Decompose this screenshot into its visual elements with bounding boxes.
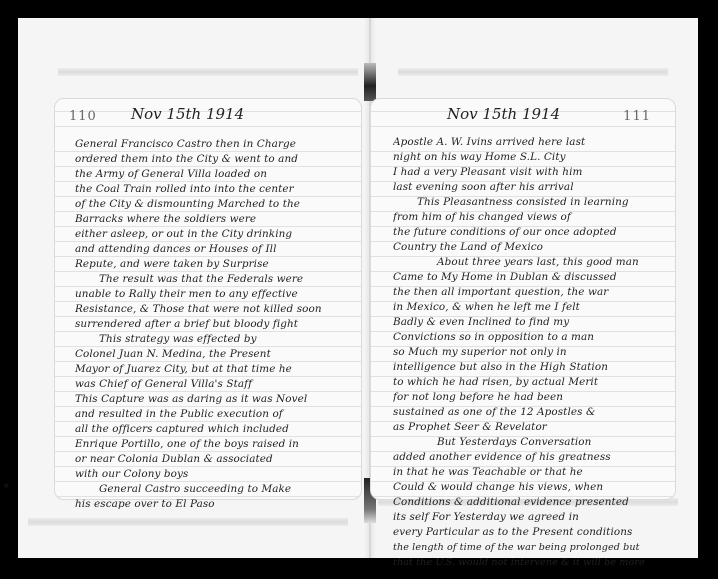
page-number: 111 bbox=[623, 109, 651, 124]
text-line: the Coal Train rolled into into the cent… bbox=[75, 182, 351, 197]
text-line: so Much my superior not only in bbox=[393, 345, 665, 360]
text-line: Country the Land of Mexico bbox=[393, 240, 665, 255]
page-number: 110 bbox=[69, 109, 97, 124]
handwritten-text: Apostle A. W. Ivins arrived here last ni… bbox=[393, 135, 665, 570]
text-line: Conditions & additional evidence present… bbox=[393, 495, 665, 510]
scan-margin-mark: ⋆ bbox=[2, 478, 11, 494]
text-line: the future conditions of our once adopte… bbox=[393, 225, 665, 240]
text-line: night on his way Home S.L. City bbox=[393, 150, 665, 165]
text-line: Mayor of Juarez City, but at that time h… bbox=[75, 362, 351, 377]
text-line: ordered them into the City & went to and bbox=[75, 152, 351, 167]
text-line: in Mexico, & when he left me I felt bbox=[393, 300, 665, 315]
text-line: Resistance, & Those that were not killed… bbox=[75, 302, 351, 317]
text-line: his escape over to El Paso bbox=[75, 497, 351, 512]
right-page: Nov 15th 1914 111 Apostle A. W. Ivins ar… bbox=[370, 98, 676, 500]
text-line: This strategy was effected by bbox=[75, 332, 351, 347]
entry-date: Nov 15th 1914 bbox=[131, 105, 244, 123]
text-line: and resulted in the Public execution of bbox=[75, 407, 351, 422]
text-line: from him of his changed views of bbox=[393, 210, 665, 225]
text-line: of the City & dismounting Marched to the bbox=[75, 197, 351, 212]
text-line: in that he was Teachable or that he bbox=[393, 465, 665, 480]
text-line: unable to Rally their men to any effecti… bbox=[75, 287, 351, 302]
text-line: added another evidence of his greatness bbox=[393, 450, 665, 465]
text-line: as Prophet Seer & Revelator bbox=[393, 420, 665, 435]
left-page: 110 Nov 15th 1914 General Francisco Cast… bbox=[54, 98, 362, 500]
text-line: I had a very Pleasant visit with him bbox=[393, 165, 665, 180]
text-line: either asleep, or out in the City drinki… bbox=[75, 227, 351, 242]
text-line: Came to My Home in Dublan & discussed bbox=[393, 270, 665, 285]
text-line: or near Colonia Dublan & associated bbox=[75, 452, 351, 467]
text-line: and attending dances or Houses of Ill bbox=[75, 242, 351, 257]
text-line: every Particular as to the Present condi… bbox=[393, 525, 665, 540]
text-line: Repute, and were taken by Surprise bbox=[75, 257, 351, 272]
text-line: intelligence but also in the High Statio… bbox=[393, 360, 665, 375]
text-line: Barracks where the soldiers were bbox=[75, 212, 351, 227]
scan-smudge bbox=[398, 68, 668, 76]
scanned-diary-spread: 110 Nov 15th 1914 General Francisco Cast… bbox=[18, 18, 698, 558]
text-line: all the officers captured which included bbox=[75, 422, 351, 437]
text-line: Could & would change his views, when bbox=[393, 480, 665, 495]
text-line: Enrique Portillo, one of the boys raised… bbox=[75, 437, 351, 452]
scan-smudge bbox=[28, 518, 348, 526]
entry-date: Nov 15th 1914 bbox=[447, 105, 560, 123]
text-line: Apostle A. W. Ivins arrived here last bbox=[393, 135, 665, 150]
text-line: last evening soon after his arrival bbox=[393, 180, 665, 195]
text-line: that the U.S. would not intervene & it w… bbox=[393, 555, 665, 570]
text-line: for not long before he had been bbox=[393, 390, 665, 405]
text-line: to which he had risen, by actual Merit bbox=[393, 375, 665, 390]
text-line: The result was that the Federals were bbox=[75, 272, 351, 287]
text-line: sustained as one of the 12 Apostles & bbox=[393, 405, 665, 420]
text-line: surrendered after a brief but bloody fig… bbox=[75, 317, 351, 332]
text-line: General Castro succeeding to Make bbox=[75, 482, 351, 497]
text-line: This Capture was as daring as it was Nov… bbox=[75, 392, 351, 407]
scan-smudge bbox=[58, 68, 358, 76]
text-line: But Yesterdays Conversation bbox=[393, 435, 665, 450]
text-line: the Army of General Villa loaded on bbox=[75, 167, 351, 182]
text-line: Colonel Juan N. Medina, the Present bbox=[75, 347, 351, 362]
text-line: About three years last, this good man bbox=[393, 255, 665, 270]
text-line: the then all important question, the war bbox=[393, 285, 665, 300]
text-line: General Francisco Castro then in Charge bbox=[75, 137, 351, 152]
text-line: Convictions so in opposition to a man bbox=[393, 330, 665, 345]
text-line: its self For Yesterday we agreed in bbox=[393, 510, 665, 525]
text-line: was Chief of General Villa's Staff bbox=[75, 377, 351, 392]
handwritten-text: General Francisco Castro then in Charge … bbox=[75, 137, 351, 512]
text-line: This Pleasantness consisted in learning bbox=[393, 195, 665, 210]
text-line: Badly & even Inclined to find my bbox=[393, 315, 665, 330]
text-line: the length of time of the war being prol… bbox=[393, 540, 665, 555]
gutter-shadow-top bbox=[364, 63, 376, 101]
text-line: with our Colony boys bbox=[75, 467, 351, 482]
